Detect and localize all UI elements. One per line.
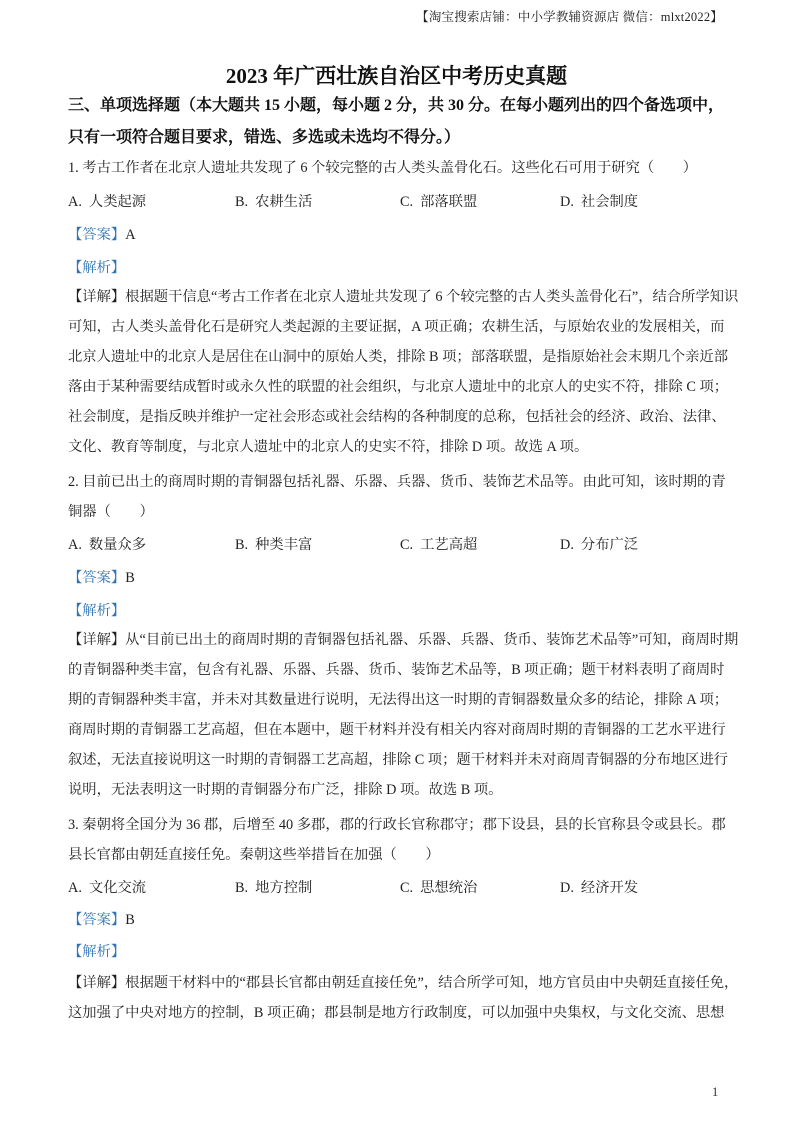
- option-c-label: 工艺高超: [420, 537, 477, 553]
- option-a-key: A.: [68, 537, 82, 553]
- option-a: A.文化交流: [68, 873, 235, 903]
- analysis-label: 【解析】: [68, 944, 125, 960]
- option-c: C.部落联盟: [400, 187, 560, 217]
- question-3-options: A.文化交流 B.地方控制 C.思想统治 D.经济开发: [68, 873, 738, 903]
- section-heading-line: 三、单项选择题（本大题共 15 小题，每小题 2 分，共 30 分。在每小题列出…: [68, 90, 738, 122]
- document-page: 【淘宝搜索店铺：中小学教辅资源店 微信：mlxt2022】 2023 年广西壮族…: [0, 0, 793, 1122]
- option-d-key: D.: [560, 880, 574, 896]
- option-d-label: 分布广泛: [581, 537, 638, 553]
- shop-watermark-header: 【淘宝搜索店铺：中小学教辅资源店 微信：mlxt2022】: [416, 8, 723, 26]
- question-2-answer-row: 【答案】B: [68, 563, 738, 593]
- option-d-key: D.: [560, 194, 574, 210]
- question-2-stem: 2. 目前已出土的商周时期的青铜器包括礼器、乐器、兵器、货币、装饰艺术品等。由此…: [68, 467, 738, 527]
- detail-line: 【详解】根据题干信息“考古工作者在北京人遗址共发现了 6 个较完整的古人类头盖骨…: [68, 282, 738, 312]
- section-heading-line: 只有一项符合题目要求，错选、多选或未选均不得分。）: [68, 122, 738, 154]
- option-a-label: 文化交流: [89, 880, 146, 896]
- page-number: 1: [712, 1083, 718, 1101]
- detail-line: 【详解】从“目前已出土的商周时期的青铜器包括礼器、乐器、兵器、货币、装饰艺术品等…: [68, 625, 738, 655]
- question-2-detail: 【详解】从“目前已出土的商周时期的青铜器包括礼器、乐器、兵器、货币、装饰艺术品等…: [68, 625, 738, 805]
- option-d: D.分布广泛: [560, 530, 738, 560]
- option-c: C.工艺高超: [400, 530, 560, 560]
- option-b-label: 种类丰富: [255, 537, 312, 553]
- question-3-stem-line: 3. 秦朝将全国分为 36 郡，后增至 40 多郡，郡的行政长官称郡守；郡下设县…: [68, 810, 738, 840]
- question-1-answer: A: [125, 227, 135, 243]
- option-b: B.地方控制: [235, 873, 400, 903]
- question-1-stem: 1. 考古工作者在北京人遗址共发现了 6 个较完整的古人类头盖骨化石。这些化石可…: [68, 153, 738, 183]
- option-b-key: B.: [235, 537, 248, 553]
- option-c-key: C.: [400, 537, 413, 553]
- option-b-label: 地方控制: [255, 880, 312, 896]
- detail-line: 叙述，无法直接说明这一时期的青铜器工艺高超，排除 C 项；题干材料并未对商周青铜…: [68, 745, 738, 775]
- option-c-key: C.: [400, 880, 413, 896]
- detail-line: 北京人遗址中的北京人是居住在山洞中的原始人类，排除 B 项；部落联盟，是指原始社…: [68, 342, 738, 372]
- answer-label: 【答案】: [68, 570, 125, 586]
- detail-line: 社会制度，是指反映并维护一定社会形态或社会结构的各种制度的总称，包括社会的经济、…: [68, 402, 738, 432]
- page-title: 2023 年广西壮族自治区中考历史真题: [0, 60, 793, 92]
- detail-line: 可知，古人类头盖骨化石是研究人类起源的主要证据，A 项正确；农耕生活，与原始农业…: [68, 312, 738, 342]
- question-2-answer: B: [125, 570, 135, 586]
- option-a: A.人类起源: [68, 187, 235, 217]
- detail-line: 期的青铜器种类丰富，并未对其数量进行说明，无法得出这一时期的青铜器数量众多的结论…: [68, 685, 738, 715]
- question-3-detail: 【详解】根据题干材料中的“郡县长官都由朝廷直接任免”，结合所学可知，地方官员由中…: [68, 968, 738, 1028]
- question-3-stem: 3. 秦朝将全国分为 36 郡，后增至 40 多郡，郡的行政长官称郡守；郡下设县…: [68, 810, 738, 870]
- question-2-stem-line: 铜器（ ）: [68, 497, 738, 527]
- answer-label: 【答案】: [68, 227, 125, 243]
- detail-line: 文化、教育等制度，与北京人遗址中的北京人的史实不符，排除 D 项。故选 A 项。: [68, 432, 738, 462]
- option-d-label: 社会制度: [581, 194, 638, 210]
- option-a-key: A.: [68, 880, 82, 896]
- question-3-stem-line: 县长官都由朝廷直接任免。秦朝这些举措旨在加强（ ）: [68, 840, 738, 870]
- detail-line: 商周时期的青铜器工艺高超，但在本题中，题干材料并没有相关内容对商周时期的青铜器的…: [68, 715, 738, 745]
- option-c: C.思想统治: [400, 873, 560, 903]
- question-2-stem-line: 2. 目前已出土的商周时期的青铜器包括礼器、乐器、兵器、货币、装饰艺术品等。由此…: [68, 467, 738, 497]
- option-b: B.农耕生活: [235, 187, 400, 217]
- option-d-key: D.: [560, 537, 574, 553]
- option-d: D.社会制度: [560, 187, 738, 217]
- option-d: D.经济开发: [560, 873, 738, 903]
- question-1-stem-line: 1. 考古工作者在北京人遗址共发现了 6 个较完整的古人类头盖骨化石。这些化石可…: [68, 153, 738, 183]
- option-a-key: A.: [68, 194, 82, 210]
- detail-line: 说明，无法表明这一时期的青铜器分布广泛，排除 D 项。故选 B 项。: [68, 775, 738, 805]
- option-c-label: 部落联盟: [420, 194, 477, 210]
- section-heading: 三、单项选择题（本大题共 15 小题，每小题 2 分，共 30 分。在每小题列出…: [68, 90, 738, 153]
- option-b-label: 农耕生活: [255, 194, 312, 210]
- question-1-options: A.人类起源 B.农耕生活 C.部落联盟 D.社会制度: [68, 187, 738, 217]
- analysis-label: 【解析】: [68, 260, 125, 276]
- question-3-analysis-row: 【解析】: [68, 937, 738, 967]
- option-a-label: 数量众多: [89, 537, 146, 553]
- option-b: B.种类丰富: [235, 530, 400, 560]
- answer-label: 【答案】: [68, 912, 125, 928]
- option-b-key: B.: [235, 880, 248, 896]
- option-c-key: C.: [400, 194, 413, 210]
- option-d-label: 经济开发: [581, 880, 638, 896]
- option-c-label: 思想统治: [420, 880, 477, 896]
- option-b-key: B.: [235, 194, 248, 210]
- question-1-detail: 【详解】根据题干信息“考古工作者在北京人遗址共发现了 6 个较完整的古人类头盖骨…: [68, 282, 738, 462]
- question-3-answer-row: 【答案】B: [68, 905, 738, 935]
- option-a: A.数量众多: [68, 530, 235, 560]
- question-2-analysis-row: 【解析】: [68, 596, 738, 626]
- option-a-label: 人类起源: [89, 194, 146, 210]
- question-2-options: A.数量众多 B.种类丰富 C.工艺高超 D.分布广泛: [68, 530, 738, 560]
- question-1-analysis-row: 【解析】: [68, 253, 738, 283]
- detail-line: 落由于某种需要结成暂时或永久性的联盟的社会组织，与北京人遗址中的北京人的史实不符…: [68, 372, 738, 402]
- detail-line: 这加强了中央对地方的控制，B 项正确；郡县制是地方行政制度，可以加强中央集权，与…: [68, 998, 738, 1028]
- detail-line: 的青铜器种类丰富，包含有礼器、乐器、兵器、货币、装饰艺术品等，B 项正确；题干材…: [68, 655, 738, 685]
- question-3-answer: B: [125, 912, 135, 928]
- question-1-answer-row: 【答案】A: [68, 220, 738, 250]
- analysis-label: 【解析】: [68, 603, 125, 619]
- detail-line: 【详解】根据题干材料中的“郡县长官都由朝廷直接任免”，结合所学可知，地方官员由中…: [68, 968, 738, 998]
